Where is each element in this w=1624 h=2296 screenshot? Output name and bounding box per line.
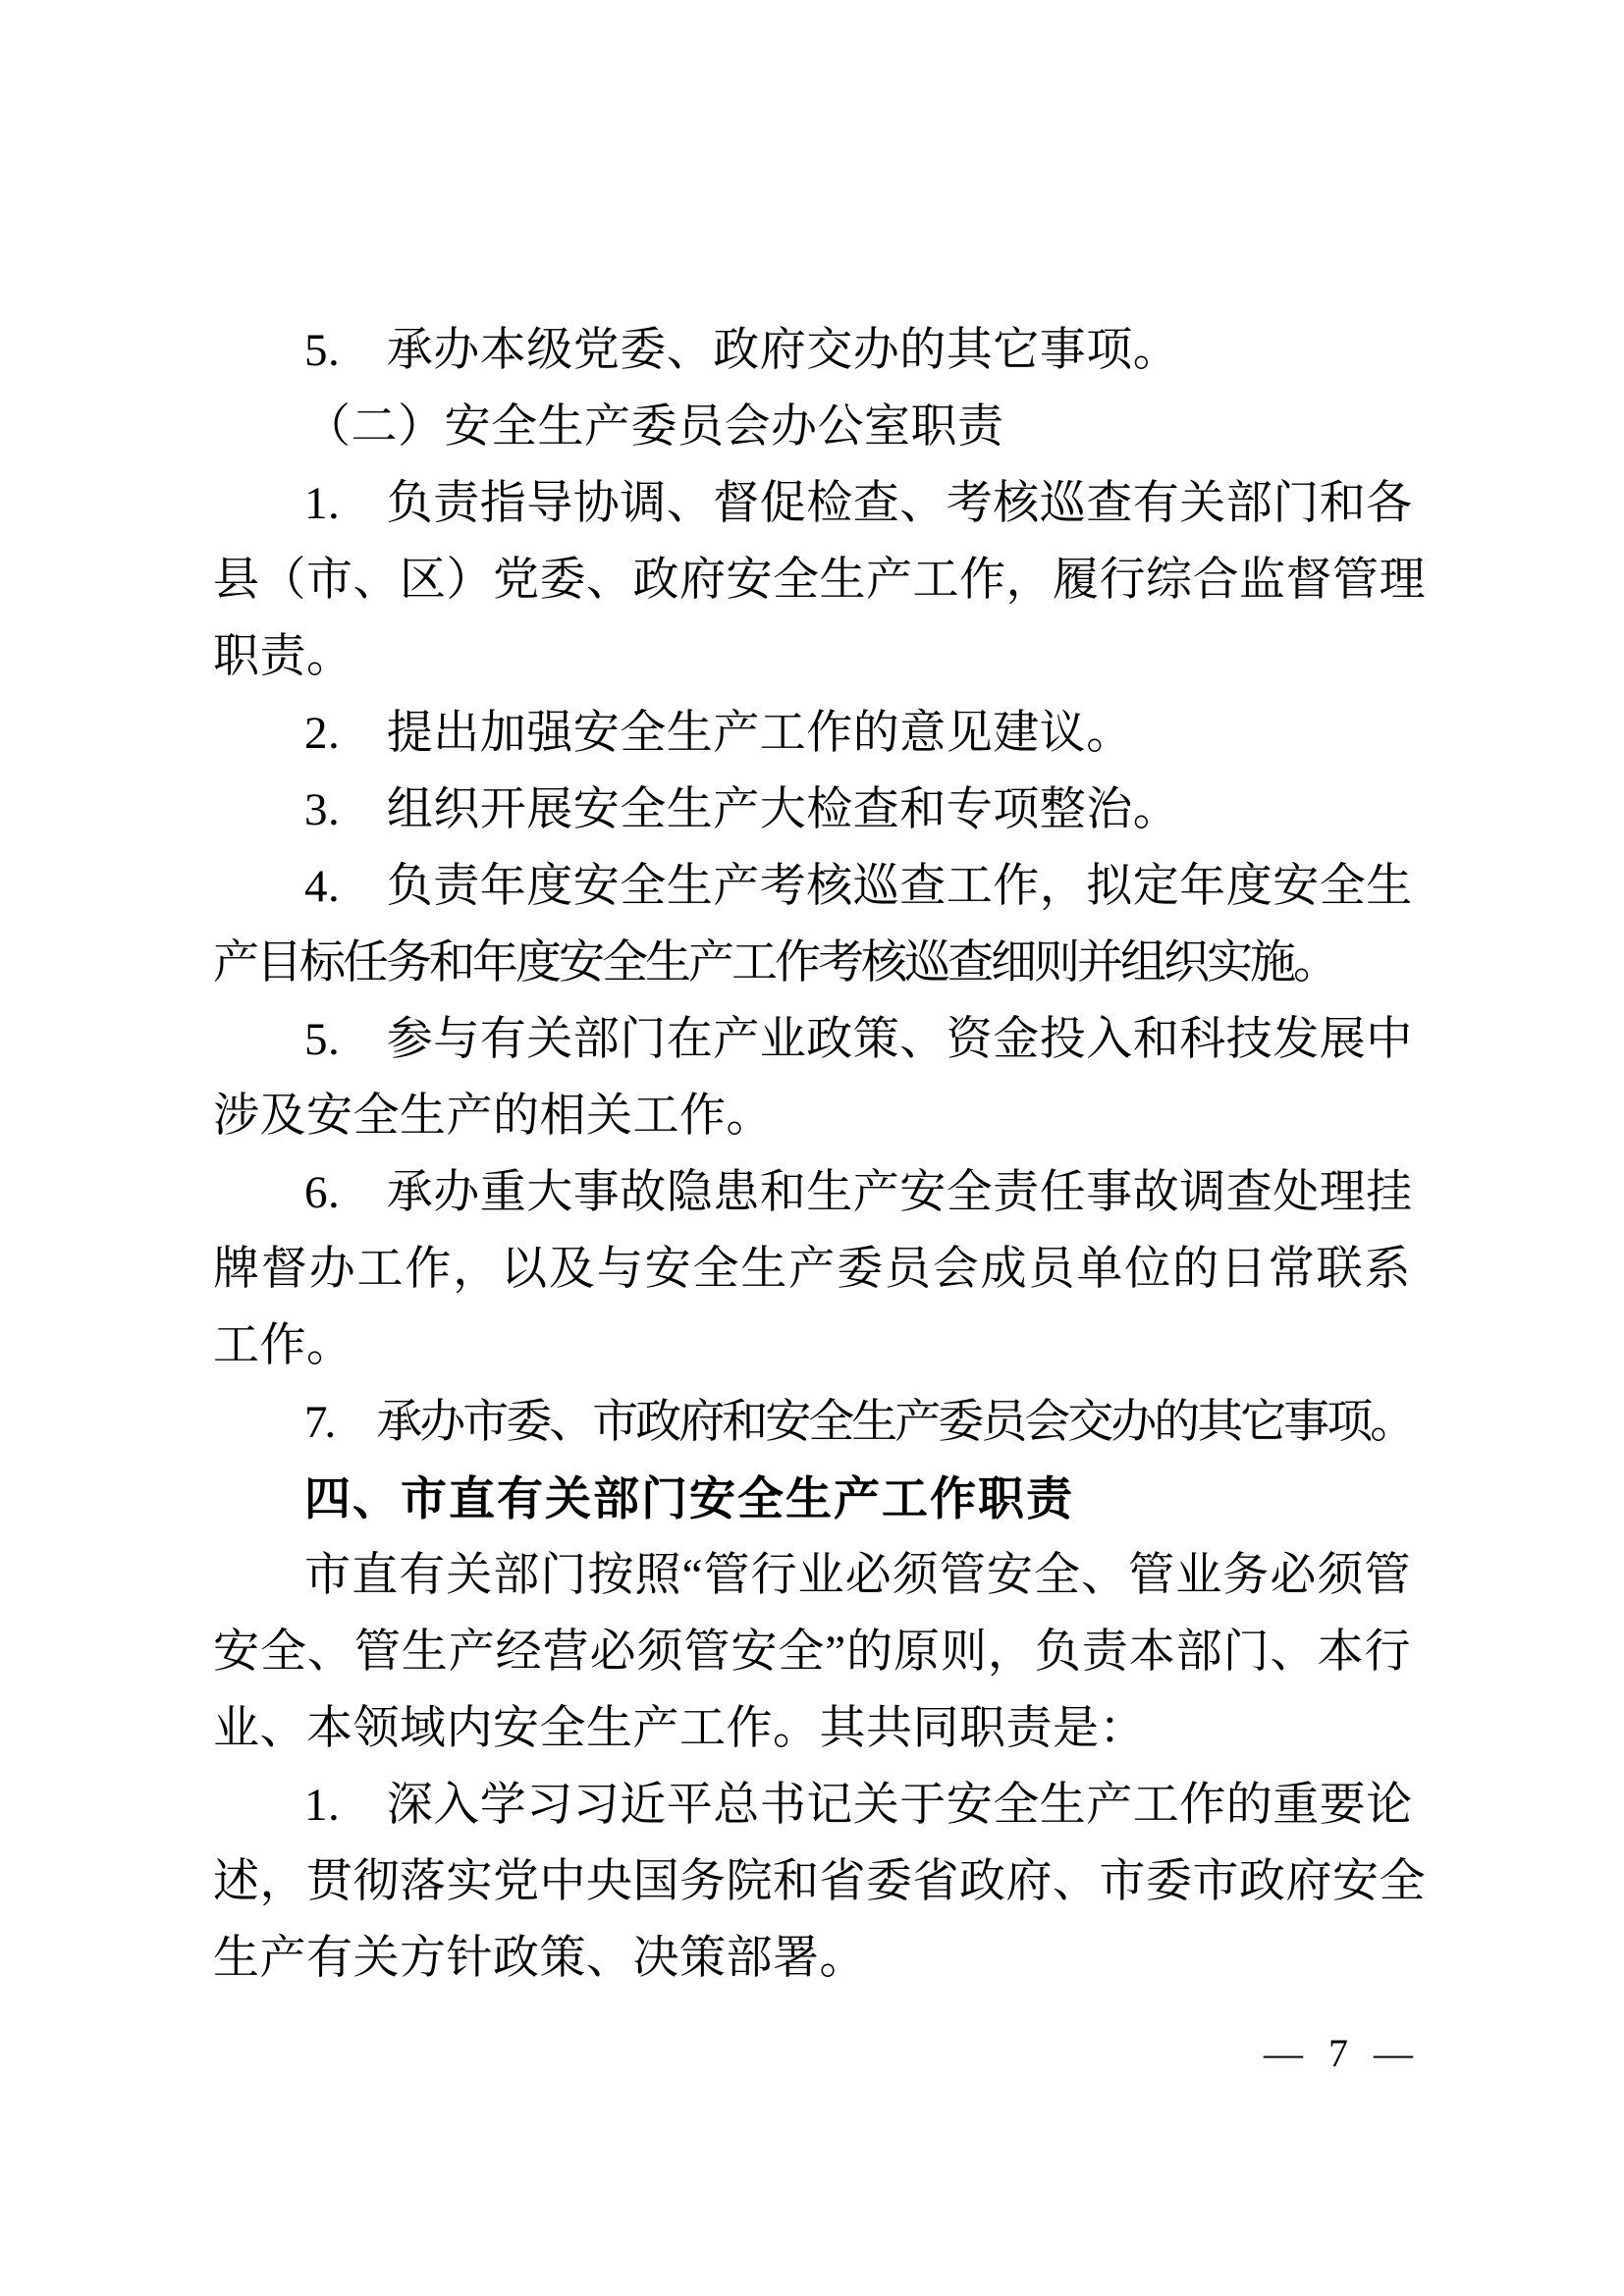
- text-line: 生产有关方针政策、决策部署。: [213, 1920, 1411, 1997]
- text-line: 5. 参与有关部门在产业政策、资金投入和科技发展中: [213, 1001, 1411, 1078]
- section-heading: 四、市直有关部门安全生产工作职责: [213, 1461, 1411, 1537]
- text-line: 7. 承办市委、市政府和安全生产委员会交办的其它事项。: [213, 1384, 1411, 1461]
- text-line: 2. 提出加强安全生产工作的意见建议。: [213, 695, 1411, 772]
- text-line: 市直有关部门按照“管行业必须管安全、管业务必须管: [213, 1537, 1411, 1614]
- text-line: （二）安全生产委员会办公室职责: [213, 389, 1411, 465]
- text-line: 工作。: [213, 1308, 1411, 1384]
- text-line: 业、本领域内安全生产工作。其共同职责是：: [213, 1690, 1411, 1767]
- text-line: 县（市、区）党委、政府安全生产工作，履行综合监督管理: [213, 542, 1411, 618]
- text-line: 职责。: [213, 618, 1411, 695]
- text-line: 产目标任务和年度安全生产工作考核巡查细则并组织实施。: [213, 925, 1411, 1001]
- text-line: 4. 负责年度安全生产考核巡查工作，拟定年度安全生: [213, 848, 1411, 925]
- text-line: 牌督办工作，以及与安全生产委员会成员单位的日常联系: [213, 1231, 1411, 1308]
- text-block: 5. 承办本级党委、政府交办的其它事项。（二）安全生产委员会办公室职责1. 负责…: [213, 312, 1411, 1997]
- text-line: 3. 组织开展安全生产大检查和专项整治。: [213, 772, 1411, 848]
- text-line: 1. 负责指导协调、督促检查、考核巡查有关部门和各: [213, 465, 1411, 542]
- text-line: 1. 深入学习习近平总书记关于安全生产工作的重要论: [213, 1767, 1411, 1843]
- text-line: 6. 承办重大事故隐患和生产安全责任事故调查处理挂: [213, 1154, 1411, 1231]
- text-line: 述，贯彻落实党中央国务院和省委省政府、市委市政府安全: [213, 1843, 1411, 1920]
- text-line: 安全、管生产经营必须管安全”的原则，负责本部门、本行: [213, 1614, 1411, 1690]
- document-page: 5. 承办本级党委、政府交办的其它事项。（二）安全生产委员会办公室职责1. 负责…: [0, 0, 1624, 2296]
- text-line: 5. 承办本级党委、政府交办的其它事项。: [213, 312, 1411, 389]
- text-line: 涉及安全生产的相关工作。: [213, 1078, 1411, 1154]
- page-number: — 7 —: [213, 2032, 1421, 2075]
